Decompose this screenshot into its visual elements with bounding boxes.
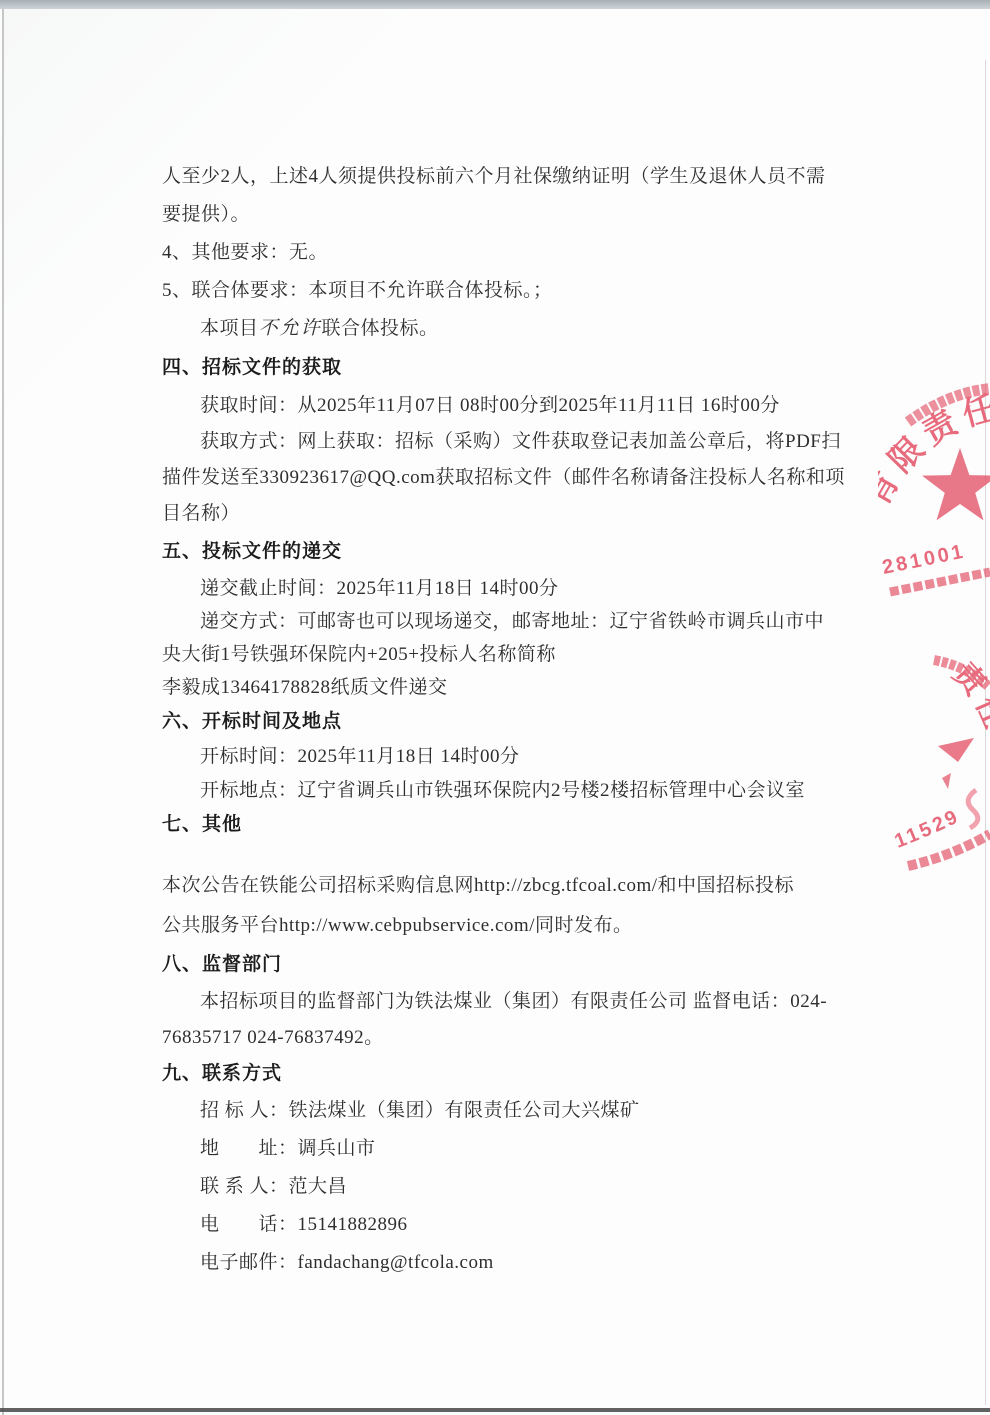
scan-edge-bottom <box>0 1408 990 1412</box>
note-emphasis: 不允许 <box>259 318 322 339</box>
section4-line-2: 获取方式：网上获取：招标（采购）文件获取登记表加盖公章后，将PDF扫 <box>162 424 834 460</box>
section9-heading: 九、联系方式 <box>162 1056 834 1092</box>
contact-phone: 电 话：15141882896 <box>162 1206 834 1244</box>
section8-line-2: 76835717 024-76837492。 <box>162 1020 834 1056</box>
section6-line-1: 开标时间：2025年11月18日 14时00分 <box>162 740 834 774</box>
contact-person: 联 系 人：范大昌 <box>162 1168 834 1206</box>
section6-line-2: 开标地点：辽宁省调兵山市铁强环保院内2号楼2楼招标管理中心会议室 <box>162 774 834 808</box>
section8-heading: 八、监督部门 <box>162 946 834 984</box>
section5-line-3: 央大街1号铁强环保院内+205+投标人名称简称 <box>162 638 834 671</box>
scan-edge-right <box>985 60 986 1405</box>
section5-line-1: 递交截止时间：2025年11月18日 14时00分 <box>162 572 834 605</box>
contact-email: 电子邮件：fandachang@tfcola.com <box>162 1244 834 1282</box>
scan-edge-top <box>0 0 990 9</box>
section4-line-1: 获取时间：从2025年11月07日 08时00分到2025年11月11日 16时… <box>162 388 834 424</box>
document-body: 人至少2人，上述4人须提供投标前六个月社保缴纳证明（学生及退休人员不需 要提供）… <box>162 158 834 1282</box>
section5-line-4: 李毅成13464178828纸质文件递交 <box>162 671 834 704</box>
doc-line-qualification-2: 要提供）。 <box>162 196 834 234</box>
section7-line-2: 公共服务平台http://www.cebpubservice.com/同时发布。 <box>162 906 834 946</box>
doc-line-item4: 4、其他要求：无。 <box>162 234 834 272</box>
doc-line-item5: 5、联合体要求：本项目不允许联合体投标。； <box>162 272 834 310</box>
section4-line-4: 目名称） <box>162 496 834 532</box>
section8-line-1: 本招标项目的监督部门为铁法煤业（集团）有限责任公司 监督电话：024- <box>162 984 834 1020</box>
section7-heading: 七、其他 <box>162 808 834 842</box>
doc-line-item5-note: 本项目不允许联合体投标。 <box>162 310 834 348</box>
section5-line-2: 递交方式：可邮寄也可以现场递交，邮寄地址：辽宁省铁岭市调兵山市中 <box>162 605 834 638</box>
section4-heading: 四、招标文件的获取 <box>162 348 834 388</box>
note-prefix: 本项目 <box>200 318 259 339</box>
contact-address: 地 址：调兵山市 <box>162 1130 834 1168</box>
contact-bidder: 招 标 人：铁法煤业（集团）有限责任公司大兴煤矿 <box>162 1092 834 1130</box>
section4-line-3: 描件发送至330923617@QQ.com获取招标文件（邮件名称请备注投标人名称… <box>162 460 834 496</box>
document-page: 人至少2人，上述4人须提供投标前六个月社保缴纳证明（学生及退休人员不需 要提供）… <box>0 0 990 1415</box>
doc-line-qualification-1: 人至少2人，上述4人须提供投标前六个月社保缴纳证明（学生及退休人员不需 <box>162 158 834 196</box>
section5-heading: 五、投标文件的递交 <box>162 532 834 572</box>
section7-line-1: 本次公告在铁能公司招标采购信息网http://zbcg.tfcoal.com/和… <box>162 866 834 906</box>
note-suffix: 联合体投标。 <box>322 318 439 339</box>
blank-gap <box>162 842 834 866</box>
scan-edge-left <box>2 9 4 1415</box>
section6-heading: 六、开标时间及地点 <box>162 704 834 740</box>
